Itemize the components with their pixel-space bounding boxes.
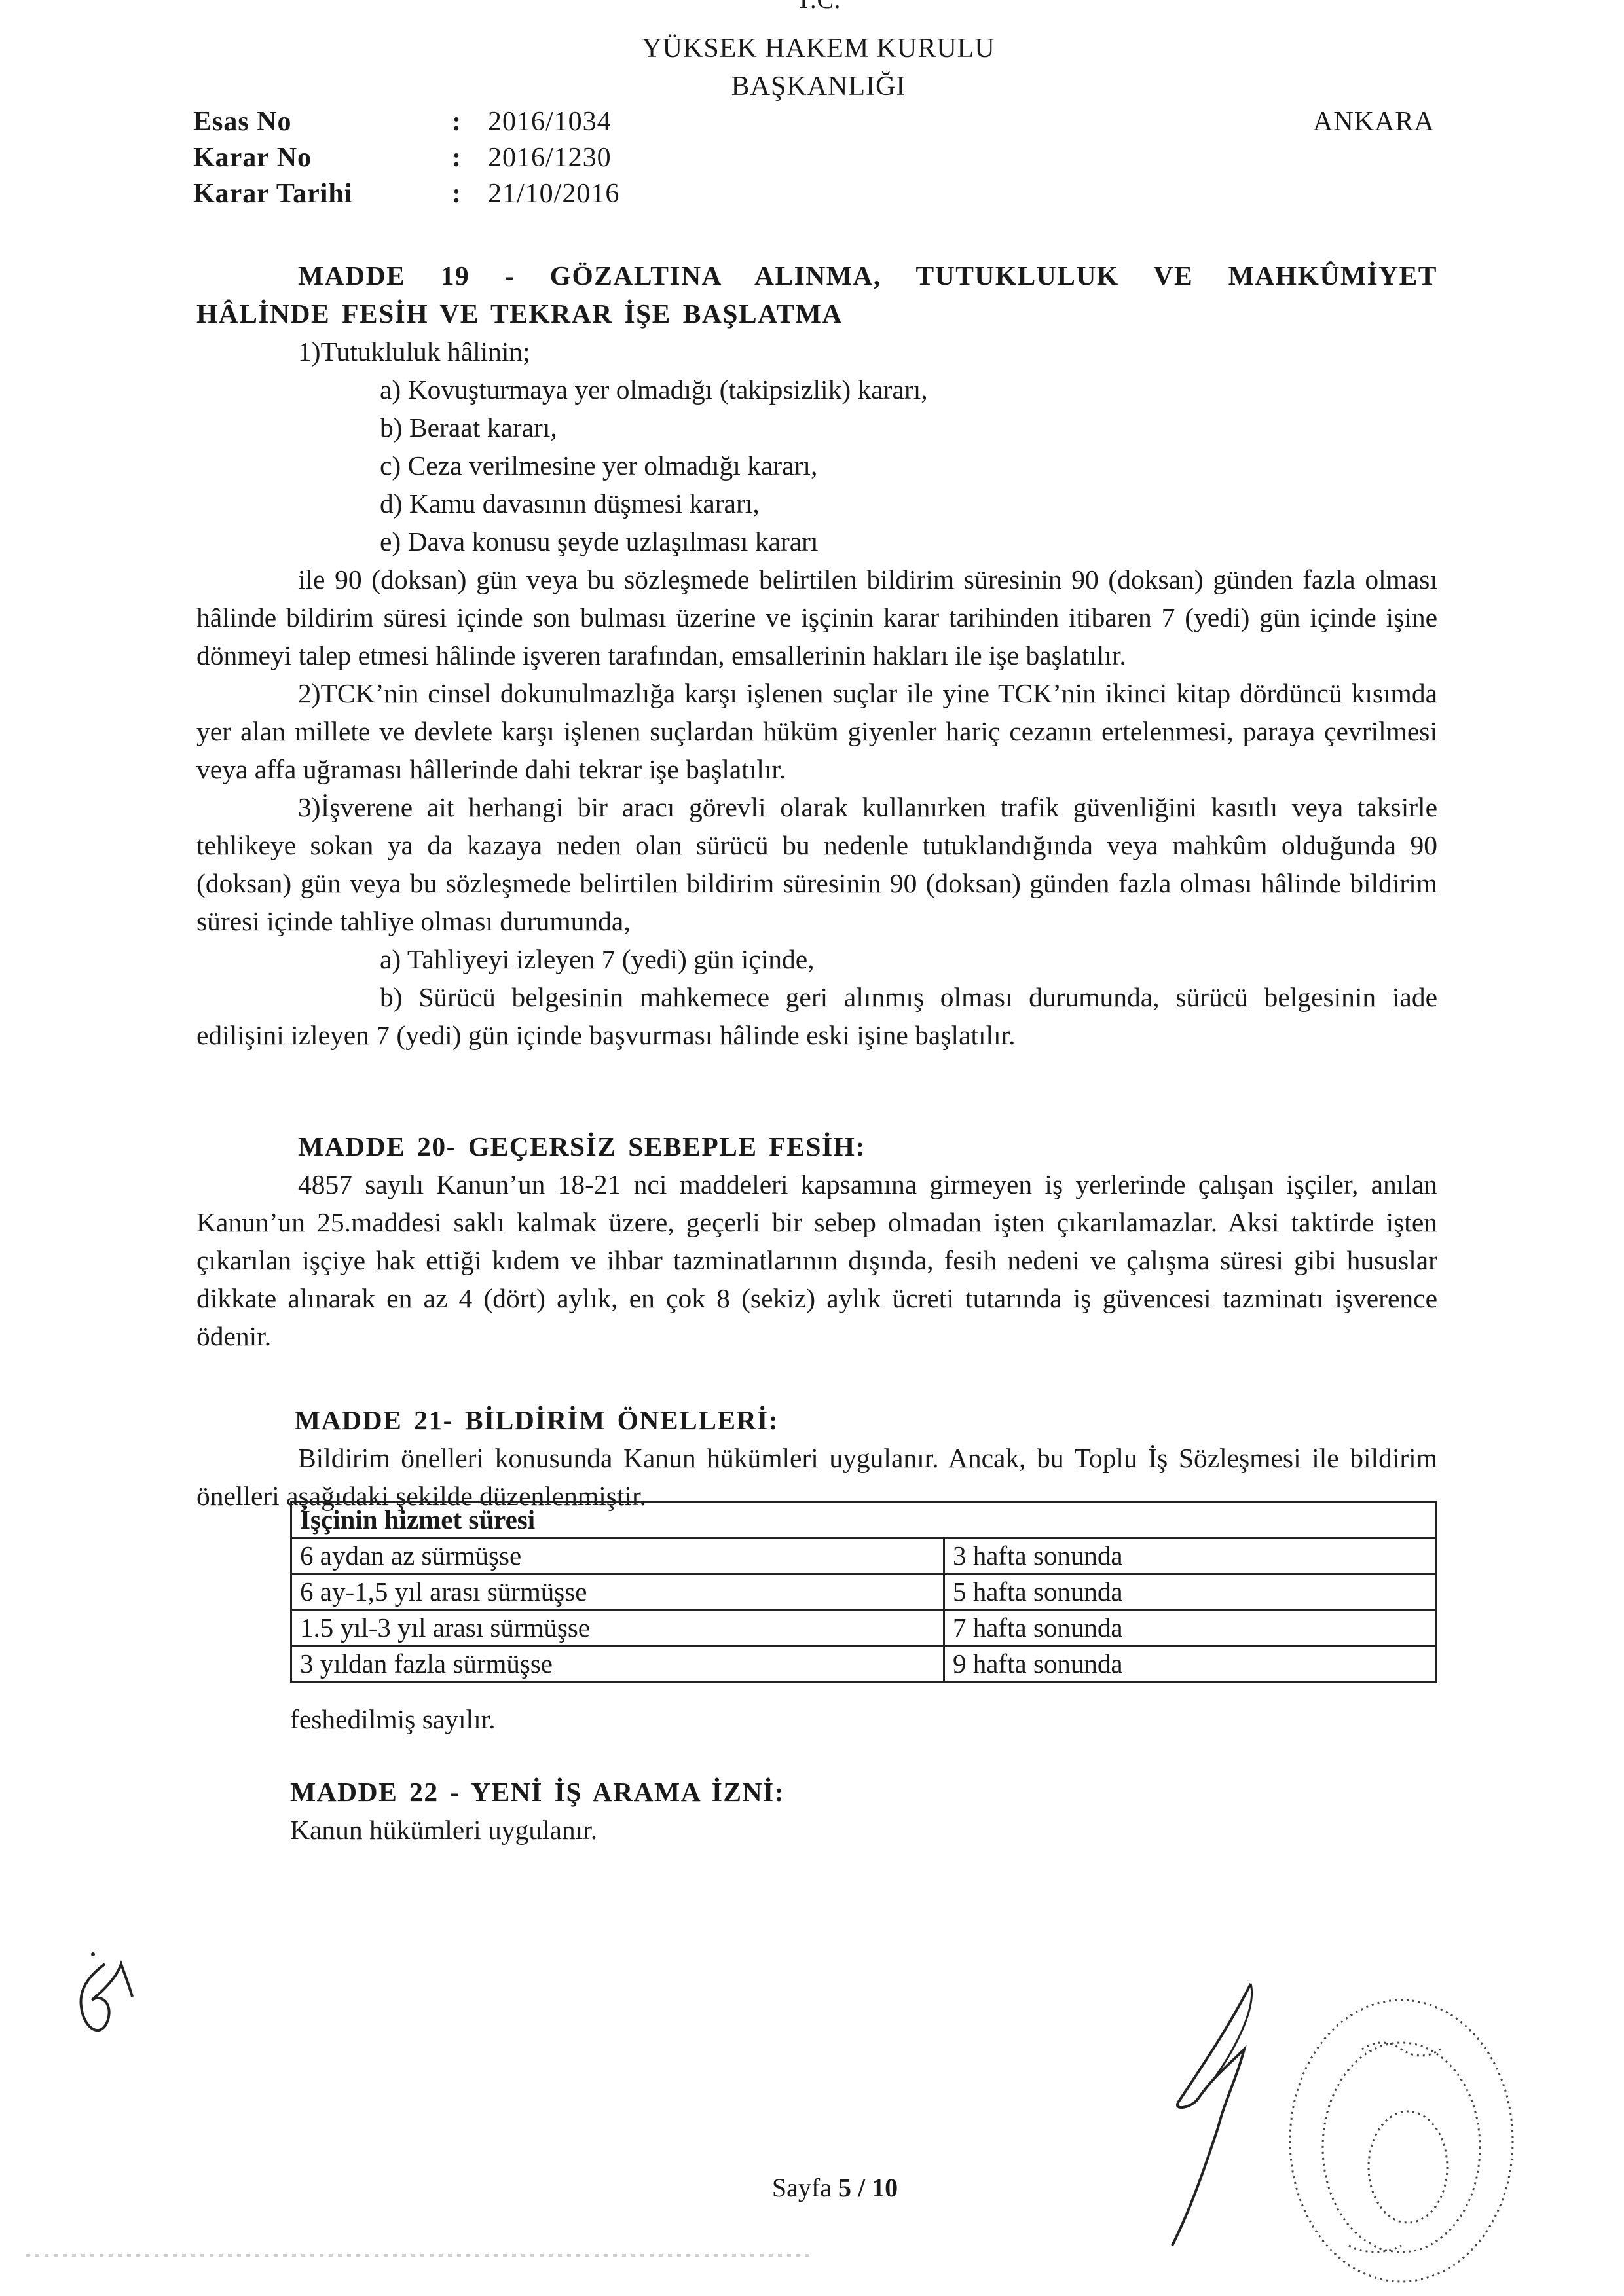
meta-colon: :	[452, 178, 461, 210]
cell-notice: 7 hafta sonunda	[944, 1610, 1437, 1646]
list-item: a) Kovuşturmaya yer olmadığı (takipsizli…	[196, 371, 1437, 409]
table-header-row: İşçinin hizmet süresi	[291, 1502, 1437, 1538]
madde-22-title: MADDE 22 - YENİ İŞ ARAMA İZNİ:	[290, 1773, 1436, 1811]
cell-duration: 6 ay-1,5 yıl arası sürmüşse	[291, 1574, 944, 1610]
madde-19-title-line2: HÂLİNDE FESİH VE TEKRAR İŞE BAŞLATMA	[196, 295, 1437, 333]
page-prefix: Sayfa	[772, 2173, 832, 2202]
header-org-line2: BAŞKANLIĞI	[0, 71, 1624, 102]
cell-notice: 9 hafta sonunda	[944, 1646, 1437, 1682]
cell-duration: 1.5 yıl-3 yıl arası sürmüşse	[291, 1610, 944, 1646]
page-sep: /	[858, 2173, 865, 2202]
cell-notice: 5 hafta sonunda	[944, 1574, 1437, 1610]
madde-19-p2: 2)TCK’nin cinsel dokunulmazlığa karşı iş…	[196, 674, 1437, 788]
table-row: 6 aydan az sürmüşse 3 hafta sonunda	[291, 1538, 1437, 1574]
madde-21-after-table: feshedilmiş sayılır.	[290, 1700, 1436, 1738]
meta-colon: :	[452, 142, 461, 173]
meta-label-karar-no: Karar No	[193, 142, 312, 173]
meta-value-karar-tarihi: 21/10/2016	[488, 178, 619, 210]
madde-19-p3: 3)İşverene ait herhangi bir aracı görevl…	[196, 788, 1437, 940]
madde-19-p1-intro: 1)Tutukluluk hâlinin;	[196, 333, 1437, 371]
page-total: 10	[872, 2173, 898, 2202]
madde-21-title: MADDE 21- BİLDİRİM ÖNELLERİ:	[196, 1401, 1437, 1439]
meta-value-esas: 2016/1034	[488, 106, 612, 137]
list-item: d) Kamu davasının düşmesi kararı,	[196, 484, 1437, 522]
list-item: c) Ceza verilmesine yer olmadığı kararı,	[196, 446, 1437, 484]
cell-duration: 3 yıldan fazla sürmüşse	[291, 1646, 944, 1682]
madde-19-p1-body: ile 90 (doksan) gün veya bu sözleşmede b…	[196, 560, 1437, 674]
official-seal-icon	[1290, 2000, 1513, 2282]
table-row: 1.5 yıl-3 yıl arası sürmüşse 7 hafta son…	[291, 1610, 1437, 1646]
madde-20-section: MADDE 20- GEÇERSİZ SEBEPLE FESİH: 4857 s…	[196, 1127, 1437, 1355]
notice-period-table: İşçinin hizmet süresi 6 aydan az sürmüşs…	[290, 1501, 1437, 1683]
madde-19-p3-item-a: a) Tahliyeyi izleyen 7 (yedi) gün içinde…	[196, 940, 1437, 978]
list-item: b) Beraat kararı,	[196, 409, 1437, 446]
city: ANKARA	[1313, 106, 1435, 137]
header-org-line1: YÜKSEK HAKEM KURULU	[0, 33, 1624, 64]
madde-19-p3-item-b: b) Sürücü belgesinin mahkemece geri alın…	[196, 978, 1437, 1054]
madde-21-section: MADDE 21- BİLDİRİM ÖNELLERİ: Bildirim ön…	[196, 1401, 1437, 1515]
handwritten-initial-icon	[72, 1948, 190, 2046]
table-header-cell: İşçinin hizmet süresi	[291, 1502, 1437, 1538]
madde-19-title-line1: MADDE 19 - GÖZALTINA ALINMA, TUTUKLULUK …	[196, 257, 1437, 295]
madde-19-section: MADDE 19 - GÖZALTINA ALINMA, TUTUKLULUK …	[196, 257, 1437, 1054]
madde-20-body: 4857 sayılı Kanun’un 18-21 nci maddeleri…	[196, 1165, 1437, 1355]
scan-artifact-line	[26, 2254, 812, 2257]
table-row: 6 ay-1,5 yıl arası sürmüşse 5 hafta sonu…	[291, 1574, 1437, 1610]
meta-label-esas: Esas No	[193, 106, 292, 137]
madde-22-body: Kanun hükümleri uygulanır.	[290, 1811, 1436, 1849]
signature-and-seal-icon	[1153, 1971, 1519, 2285]
madde-20-title: MADDE 20- GEÇERSİZ SEBEPLE FESİH:	[196, 1127, 1437, 1165]
page-current: 5	[838, 2173, 851, 2202]
cell-notice: 3 hafta sonunda	[944, 1538, 1437, 1574]
cell-duration: 6 aydan az sürmüşse	[291, 1538, 944, 1574]
meta-label-karar-tarihi: Karar Tarihi	[193, 178, 352, 210]
meta-colon: :	[452, 106, 461, 137]
meta-value-karar-no: 2016/1230	[488, 142, 612, 173]
madde-22-section: MADDE 22 - YENİ İŞ ARAMA İZNİ: Kanun hük…	[290, 1773, 1436, 1849]
table-row: 3 yıldan fazla sürmüşse 9 hafta sonunda	[291, 1646, 1437, 1682]
list-item: e) Dava konusu şeyde uzlaşılması kararı	[196, 522, 1437, 560]
header-tc: T.C.	[0, 0, 1624, 14]
